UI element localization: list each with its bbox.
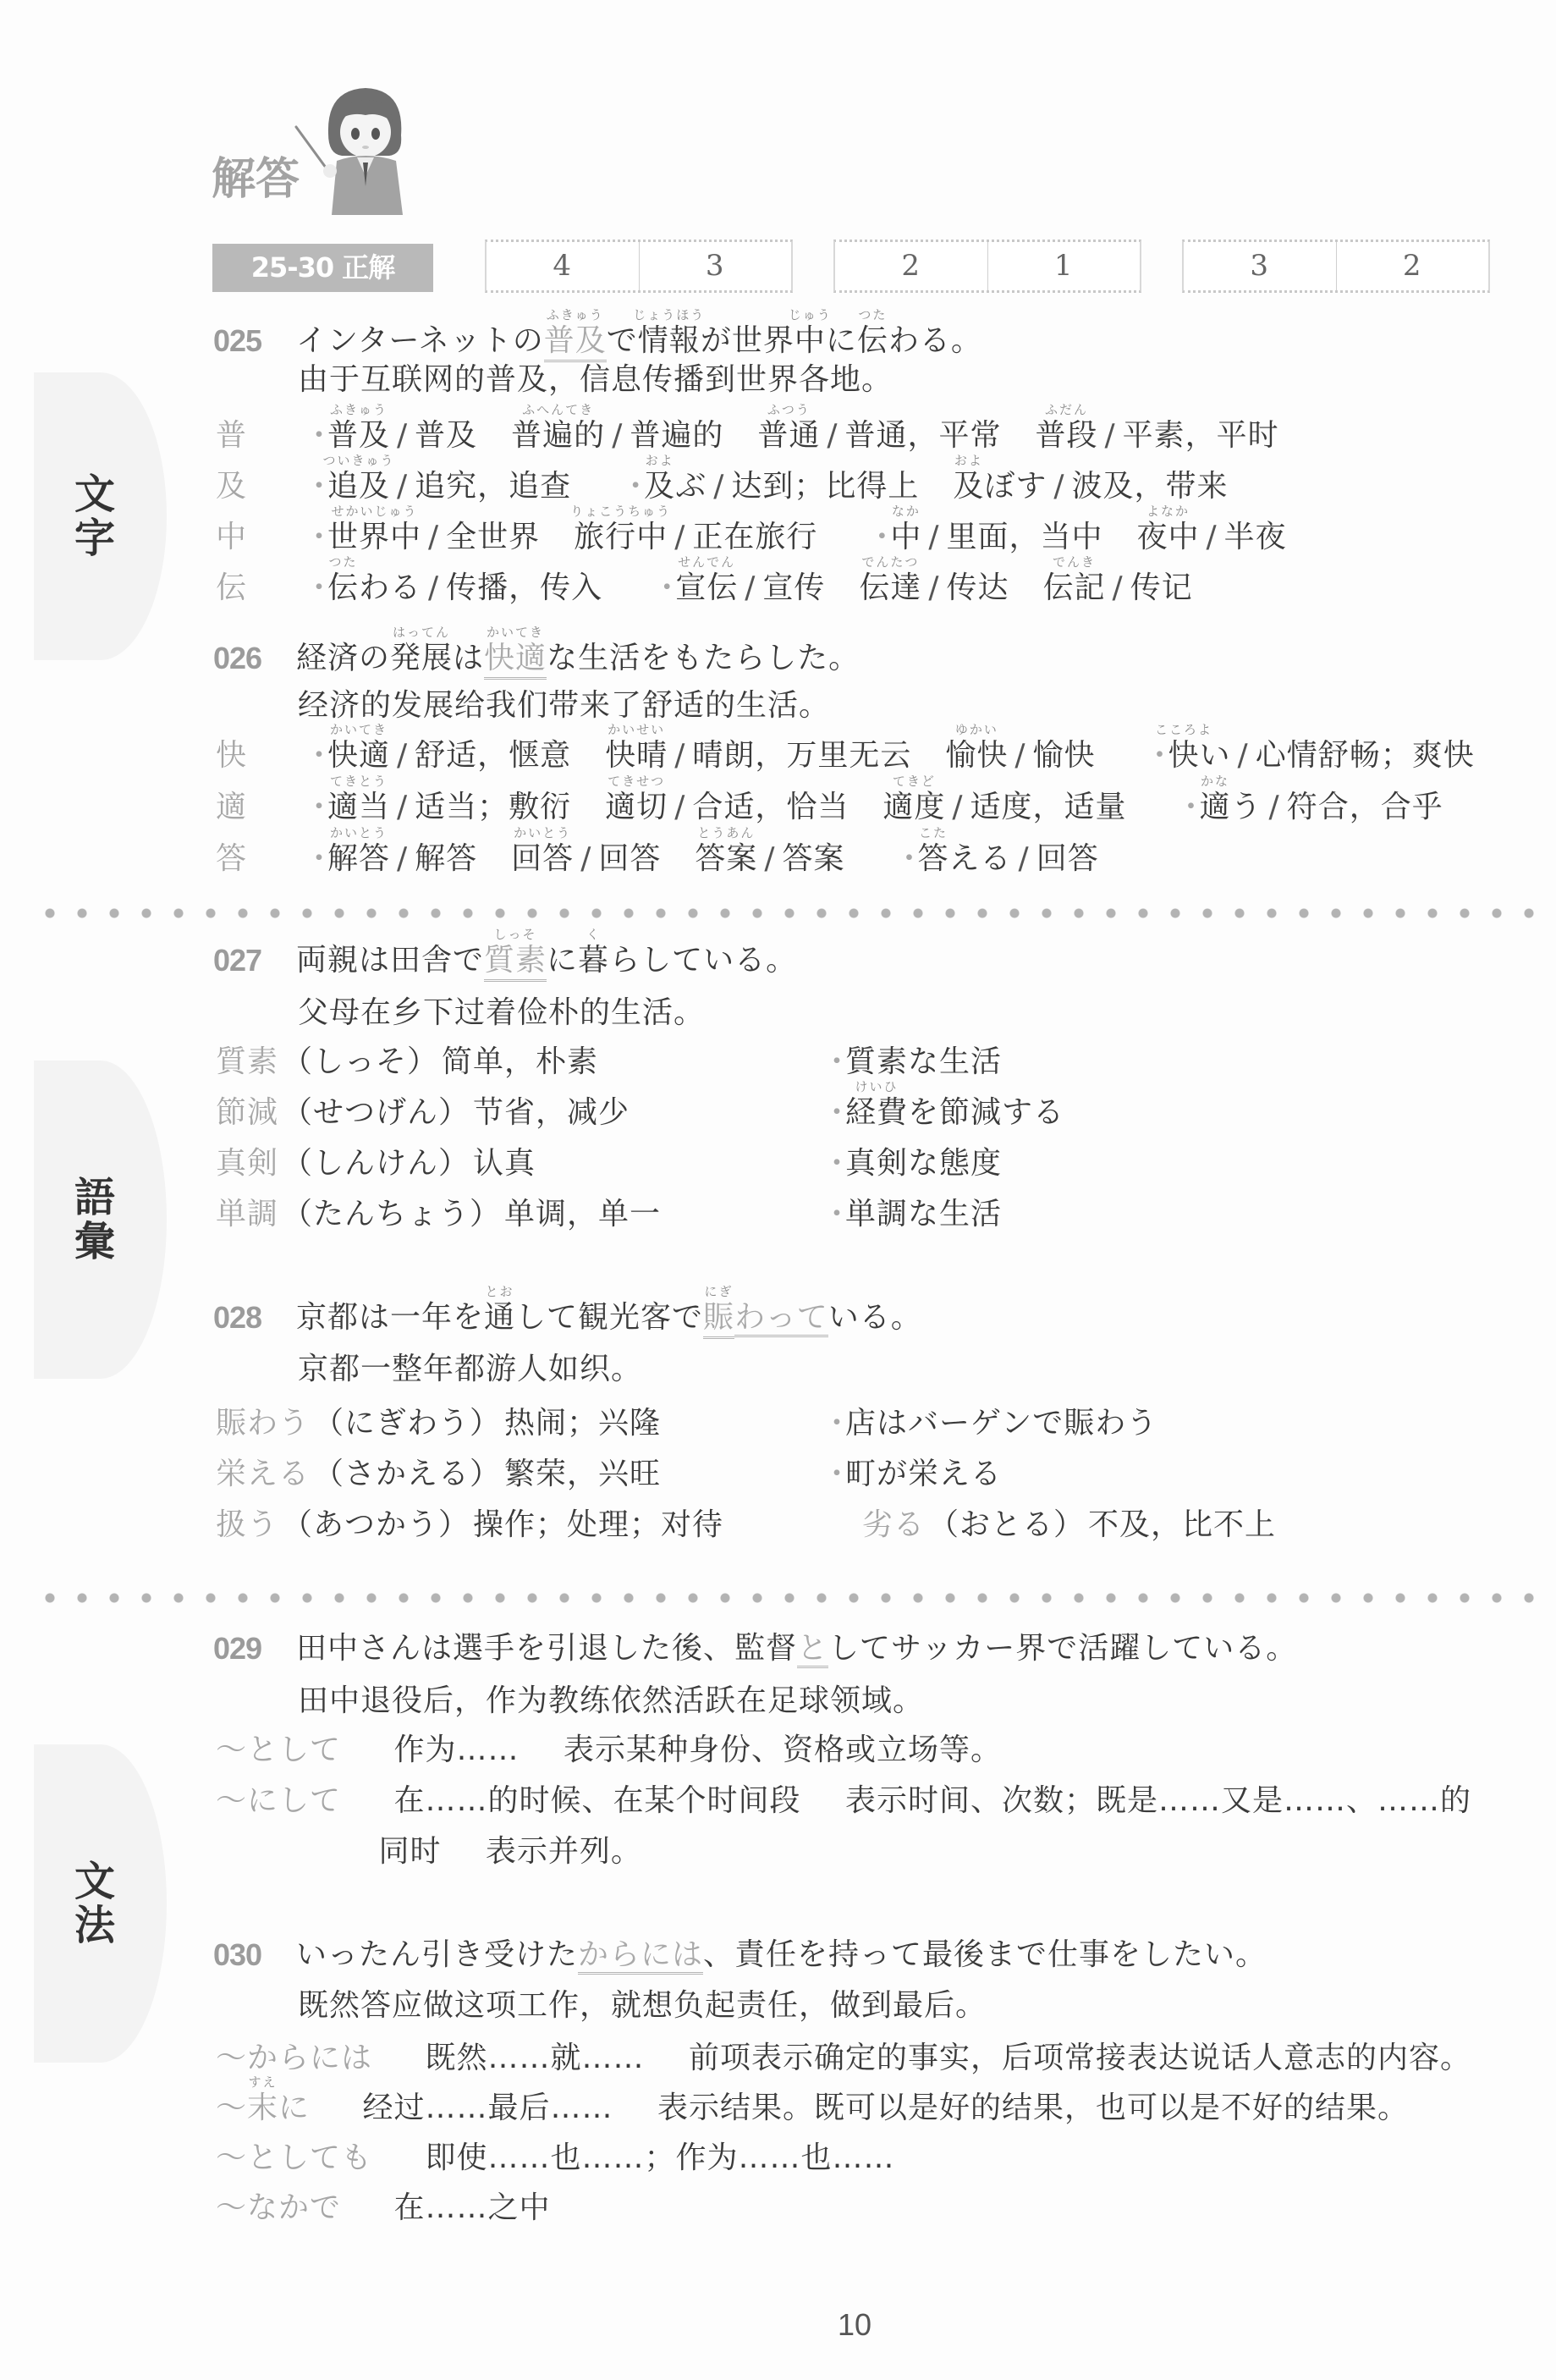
vocab-meaning: 简单，朴素 xyxy=(442,1044,598,1079)
furigana: とお xyxy=(486,1285,514,1298)
furigana: こころよ xyxy=(1155,723,1212,736)
bullet-icon: ・ xyxy=(304,737,327,774)
furigana: じょうほう xyxy=(633,308,705,322)
target-word: と xyxy=(797,1631,828,1668)
grammar-explanation-part: 前项表示确定的事实，后项常接表达说话人意志的内容。 xyxy=(689,2041,1471,2075)
vocab-list: 賑わう（にぎわう）热闹；兴隆 ・店はバーゲンで賑わう 栄える（さかえる）繁荣，兴… xyxy=(0,1405,1556,1557)
text-run: インターネットの xyxy=(296,323,544,358)
section-title: 解答 xyxy=(212,154,300,205)
grammar-explanation-part: 在……的时候、在某个时间段 xyxy=(393,1783,800,1818)
vocab-reading: （せつげん） xyxy=(282,1095,470,1130)
text-run: い xyxy=(1200,738,1231,773)
bullet-icon: ・ xyxy=(1176,789,1200,826)
separator: / xyxy=(827,417,838,455)
answer-box: 2 1 xyxy=(833,240,1141,293)
ruby-word: 伝つた xyxy=(857,322,888,360)
kanji-row-items: ・ 解答かいとう / 解答 回答かいとう / 回答 xyxy=(289,840,1133,878)
question-number: 025 xyxy=(213,322,261,360)
separator: / xyxy=(674,737,685,774)
ruby-word: 賑にぎ xyxy=(703,1299,734,1339)
furigana: りょこうちゅう xyxy=(570,504,671,518)
kanji-breakdown: 快 ・ 快適かいてき / 舒适，惬意 快晴かいせい xyxy=(0,737,1556,892)
kanji-breakdown: 普 ・ 普及ふきゅう / 普及 普遍的ふへんてき xyxy=(0,417,1556,620)
grammar-explanation-part: 在……之中 xyxy=(393,2190,550,2225)
furigana: ふつう xyxy=(767,403,811,416)
furigana: でんたつ xyxy=(861,555,919,569)
vocab-item: 愉快ゆかい / 愉快 xyxy=(945,737,1095,774)
text-run: 京都は一年を xyxy=(296,1300,484,1335)
vocab-row: 節減（せつげん）节省，减少 ・経費けいひを節減する xyxy=(0,1094,1556,1145)
text-run: 田中さんは選手を引退した後、監督 xyxy=(296,1631,797,1666)
grammar-explanation-part: 表示某种身份、资格或立场等。 xyxy=(564,1733,1002,1767)
vocab-word: 宣伝せんでん xyxy=(675,570,738,607)
text-run: ぼす xyxy=(984,469,1047,504)
ruby-word: 普通ふつう xyxy=(757,417,820,455)
example-phrase: ・店はバーゲンで賑わう xyxy=(822,1405,1164,1442)
vocab-item: 及およぼす / 波及，带来 xyxy=(953,468,1228,505)
bullet-icon: ・ xyxy=(822,1094,845,1132)
ruby-word: 解答かいとう xyxy=(327,840,390,878)
text-run: な生活をもたらした。 xyxy=(547,641,860,675)
separator: / xyxy=(580,840,591,878)
vocab-word: 及およぼす xyxy=(953,468,1047,505)
ruby-word: 中じゅう xyxy=(794,322,826,360)
separator: / xyxy=(764,840,775,878)
furigana: とうあん xyxy=(697,826,755,840)
separator: / xyxy=(745,570,756,607)
furigana: く xyxy=(586,928,601,941)
vocab-item: 普段ふだん / 平素，平时 xyxy=(1036,417,1279,455)
kanji-row-items: ・ 普及ふきゅう / 普及 普遍的ふへんてき / 普遍的 xyxy=(289,417,1313,455)
furigana: ふへんてき xyxy=(522,403,594,416)
ruby-word: 答こた xyxy=(918,840,949,878)
ruby-word: 及およ xyxy=(644,468,675,505)
vocab-meaning: 心情舒畅；爽快 xyxy=(1256,737,1475,774)
text-run: ～としても xyxy=(216,2140,372,2175)
translation: 父母在乡下过着俭朴的生活。 xyxy=(0,994,1556,1032)
separator: / xyxy=(1207,519,1218,556)
vocab-entry: 節減（せつげん）节省，减少 xyxy=(216,1094,630,1132)
vocab-meaning: 普遍的 xyxy=(630,417,723,455)
vocab-meaning: 愉快 xyxy=(1033,737,1096,774)
ruby-word: 快適かいてき xyxy=(484,640,547,680)
furigana: すえ xyxy=(249,2075,278,2089)
text-run: ～からには xyxy=(216,2041,372,2075)
kanji-row-items: ・ 世界中せかいじゅう / 全世界 旅行中りょこうちゅう / 正在旅行 xyxy=(289,519,1321,556)
vocab-meaning: 不及，比不上 xyxy=(1088,1507,1276,1542)
furigana: けいひ xyxy=(855,1080,898,1094)
vocab-word: 答案とうあん xyxy=(695,840,757,878)
vocab-meaning: 传达 xyxy=(947,570,1009,607)
vocab-word: 快適かいてき xyxy=(327,737,390,774)
vocab-entry: 真剣（しんけん）认真 xyxy=(216,1145,536,1182)
grammar-explanation-part: 即使……也……；作为……也…… xyxy=(425,2140,894,2175)
question-sentence: インターネットの普及ふきゅうで情報じょうほうが世界中じゅうに伝つたわる。 xyxy=(296,322,982,362)
grammar-row: ～からには 既然……就…… 前项表示确定的事实，后项常接表达说话人意志的内容。 xyxy=(0,2040,1556,2090)
separator: / xyxy=(1053,468,1064,505)
vocab-meaning: 追究，追查 xyxy=(415,468,571,505)
vocab-item: 普遍的ふへんてき / 普遍的 xyxy=(511,417,723,455)
teacher-mascot-icon xyxy=(294,83,406,215)
bullet-icon: ・ xyxy=(894,840,918,878)
translation: 既然答应做这项工作，就想负起责任，做到最后。 xyxy=(0,1987,1556,2025)
separator: / xyxy=(397,789,408,826)
vocab-item: ・ 答こたえる / 回答 xyxy=(894,840,1099,878)
vocab-meaning: 传记 xyxy=(1130,570,1193,607)
kanji-row-items: ・ 快適かいてき / 舒适，惬意 快晴かいせい / 晴朗，万里无云 xyxy=(289,737,1509,774)
furigana: かいとう xyxy=(330,826,388,840)
ruby-word: 普及ふきゅう xyxy=(327,417,390,455)
vocab-row: 賑わう（にぎわう）热闹；兴隆 ・店はバーゲンで賑わう xyxy=(0,1405,1556,1456)
vocab-meaning: 里面，当中 xyxy=(947,519,1103,556)
kanji-row-items: ・ 伝つたわる / 传播，传入 ・ 宣伝せんでん / 宣传 xyxy=(289,570,1227,607)
vocab-meaning: 热闹；兴隆 xyxy=(504,1406,661,1441)
ruby-word: 普遍的ふへんてき xyxy=(511,417,605,455)
ruby-word: 答案とうあん xyxy=(695,840,757,878)
question-number: 028 xyxy=(213,1299,261,1336)
ruby-word: 夜中よなか xyxy=(1137,519,1200,556)
kanji-row: 適 ・ 適当てきとう / 适当；敷衍 適切てきせつ xyxy=(0,789,1556,840)
question-026: 026 経済の発展はってんは快適かいてきな生活をもたらした。 xyxy=(0,640,1556,677)
text-run: に xyxy=(547,943,578,978)
section-divider xyxy=(44,907,1556,919)
text-run: う xyxy=(1231,790,1262,824)
bullet-icon: ・ xyxy=(822,1456,845,1493)
vocab-meaning: 解答 xyxy=(415,840,477,878)
vocab-entry: 扱う（あつかう）操作；处理；对待 xyxy=(216,1507,723,1544)
text-run: わる。 xyxy=(888,323,982,358)
grammar-explanation: 作为…… 表示某种身份、资格或立场等。 xyxy=(393,1733,1035,1767)
separator: / xyxy=(674,519,685,556)
question-number: 027 xyxy=(213,942,261,979)
grammar-row: ～としても 即使……也……；作为……也…… xyxy=(0,2140,1556,2190)
kanji-row: 中 ・ 世界中せかいじゅう / 全世界 旅行中りょこうちゅう xyxy=(0,519,1556,570)
ruby-word: 快こころよ xyxy=(1168,737,1200,774)
furigana: かいてき xyxy=(330,723,388,736)
separator: / xyxy=(612,417,623,455)
bullet-icon: ・ xyxy=(822,1196,845,1233)
vocab-item: 適度てきど / 适度，适量 xyxy=(882,789,1126,826)
vocab-item: ・ 中なか / 里面，当中 xyxy=(866,519,1102,556)
example-phrase: ・単調な生活 xyxy=(822,1196,1009,1233)
separator: / xyxy=(428,519,439,556)
text-run: を節減する xyxy=(908,1095,1064,1130)
vocab-meaning: 全世界 xyxy=(446,519,540,556)
grammar-explanation-part: 表示时间、次数；既是……又是……、……的 xyxy=(845,1783,1471,1818)
example-phrase: 劣る（おとる）不及，比不上 xyxy=(822,1507,1276,1544)
ruby-word: 愉快ゆかい xyxy=(945,737,1008,774)
question-sentence: 経済の発展はってんは快適かいてきな生活をもたらした。 xyxy=(296,640,860,680)
text-run: いる。 xyxy=(828,1300,922,1335)
example-text: 店はバーゲンで賑わう xyxy=(845,1406,1157,1441)
vocab-word: 愉快ゆかい xyxy=(945,737,1008,774)
kanji-label: 快 xyxy=(216,737,247,774)
ruby-word: 適切てきせつ xyxy=(605,789,668,826)
ruby-word: 末すえ xyxy=(247,2090,278,2127)
furigana: せんでん xyxy=(678,555,735,569)
vocab-entry: 賑わう（にぎわう）热闹；兴隆 xyxy=(216,1405,661,1442)
vocab-item: 旅行中りょこうちゅう / 正在旅行 xyxy=(574,519,817,556)
question-029: 029 田中さんは選手を引退した後、監督としてサッカー界で活躍している。 xyxy=(0,1630,1556,1667)
text-run: 単調な生活 xyxy=(845,1197,1002,1231)
bullet-icon: ・ xyxy=(866,519,890,556)
question-number: 030 xyxy=(213,1937,261,1974)
kanji-label: 答 xyxy=(216,840,247,878)
answer-cell: 3 xyxy=(1184,242,1336,290)
grammar-pattern: ～からには xyxy=(216,2040,372,2077)
vocab-word: 旅行中りょこうちゅう xyxy=(574,519,668,556)
vocab-item: 伝達でんたつ / 传达 xyxy=(859,570,1009,607)
vocab-word: 質素 xyxy=(216,1044,278,1079)
vocab-entry: 質素（しっそ）简单，朴素 xyxy=(216,1044,598,1081)
vocab-item: ・ 解答かいとう / 解答 xyxy=(304,840,477,878)
bullet-icon: ・ xyxy=(304,417,327,455)
text-run: が世界 xyxy=(701,323,794,358)
furigana: ふきゅう xyxy=(547,308,604,322)
kanji-label: 適 xyxy=(216,789,247,826)
bullet-icon: ・ xyxy=(304,519,327,556)
grammar-pattern: ～末すえに xyxy=(216,2090,310,2127)
separator: / xyxy=(952,789,963,826)
text-run: ～として xyxy=(216,1733,341,1767)
ruby-word: 世界中せかいじゅう xyxy=(327,519,421,556)
vocab-word: 伝つたわる xyxy=(327,570,421,607)
vocab-word: 及およぶ xyxy=(644,468,707,505)
vocab-meaning: 适当；敷衍 xyxy=(415,789,571,826)
vocab-word: 回答かいとう xyxy=(511,840,574,878)
vocab-reading: （おとる） xyxy=(928,1507,1085,1542)
grammar-row: ～にして 在……的时候、在某个时间段 表示时间、次数；既是……又是……、……的 xyxy=(0,1782,1556,1833)
grammar-pattern: ～としても xyxy=(216,2140,372,2177)
separator: / xyxy=(928,519,939,556)
furigana: かいとう xyxy=(514,826,571,840)
vocab-item: ・ 快適かいてき / 舒适，惬意 xyxy=(304,737,571,774)
vocab-word: 適かなう xyxy=(1200,789,1262,826)
ruby-word: 適度てきど xyxy=(882,789,945,826)
vocab-word: 解答かいとう xyxy=(327,840,390,878)
answer-box: 4 3 xyxy=(485,240,793,293)
grammar-explanation-part: 表示并列。 xyxy=(486,1834,642,1869)
separator: / xyxy=(928,570,939,607)
ruby-word: 快晴かいせい xyxy=(605,737,668,774)
separator: / xyxy=(397,468,408,505)
separator: / xyxy=(1014,737,1025,774)
text-run: してサッカー界で活躍している。 xyxy=(828,1631,1297,1666)
bullet-icon: ・ xyxy=(304,468,327,505)
text-run: に xyxy=(826,323,857,358)
translation: 田中退役后，作为教练依然活跃在足球领域。 xyxy=(0,1683,1556,1720)
text-run: ぶ xyxy=(675,469,707,504)
vocab-reading: （さかえる） xyxy=(313,1457,501,1491)
text-run: ～なかで xyxy=(216,2190,341,2225)
question-number: 026 xyxy=(213,640,261,677)
bullet-icon: ・ xyxy=(822,1405,845,1442)
vocab-meaning: 平素，平时 xyxy=(1123,417,1279,455)
vocab-reading: （しっそ） xyxy=(282,1044,438,1079)
target-word: からには xyxy=(578,1937,703,1975)
text-run: 経済の xyxy=(296,641,390,675)
separator: / xyxy=(397,840,408,878)
vocab-entry: 栄える（さかえる）繁荣，兴旺 xyxy=(216,1456,661,1493)
vocab-item: ・ 適かなう / 符合，合乎 xyxy=(1176,789,1443,826)
vocab-word: 答こたえる xyxy=(918,840,1012,878)
kanji-row-items: ・ 適当てきとう / 适当；敷衍 適切てきせつ / 合适，恰当 xyxy=(289,789,1477,826)
translation: 由于互联网的普及，信息传播到世界各地。 xyxy=(0,361,1556,399)
example-phrase: ・経費けいひを節減する xyxy=(822,1094,1071,1132)
question-027: 027 両親は田舎で質素しっそに暮くらしている。 xyxy=(0,942,1556,979)
grammar-list: ～からには 既然……就…… 前项表示确定的事实，后项常接表达说话人意志的内容。 … xyxy=(0,2040,1556,2240)
grammar-row: 同时 表示并列。 xyxy=(0,1833,1556,1884)
vocab-word: 普遍的ふへんてき xyxy=(511,417,605,455)
bullet-icon: ・ xyxy=(822,1044,845,1081)
vocab-meaning: 回答 xyxy=(598,840,661,878)
example-text: 単調な生活 xyxy=(845,1197,1002,1231)
vocab-word: 適度てきど xyxy=(882,789,945,826)
vocab-word: 普及ふきゅう xyxy=(327,417,390,455)
vocab-item: 普通ふつう / 普通，平常 xyxy=(757,417,1001,455)
vocab-item: 適切てきせつ / 合适，恰当 xyxy=(605,789,849,826)
question-sentence: 田中さんは選手を引退した後、監督としてサッカー界で活躍している。 xyxy=(296,1630,1297,1667)
example-text: 真剣な態度 xyxy=(845,1146,1002,1181)
kanji-row: 快 ・ 快適かいてき / 舒适，惬意 快晴かいせい xyxy=(0,737,1556,789)
ruby-word: 旅行中りょこうちゅう xyxy=(574,519,668,556)
vocab-word: 扱う xyxy=(216,1507,278,1542)
vocab-word: 夜中よなか xyxy=(1137,519,1200,556)
kanji-row: 答 ・ 解答かいとう / 解答 回答かいとう xyxy=(0,840,1556,892)
furigana: ふだん xyxy=(1045,403,1088,416)
vocab-meaning: 符合，合乎 xyxy=(1287,789,1443,826)
vocab-meaning: 节省，减少 xyxy=(473,1095,630,1130)
question-sentence: いったん引き受けたからには、責任を持って最後まで仕事をしたい。 xyxy=(296,1937,1267,1974)
separator: / xyxy=(1269,789,1280,826)
vocab-item: 夜中よなか / 半夜 xyxy=(1137,519,1287,556)
bullet-icon: ・ xyxy=(620,468,644,505)
text-run: らしている。 xyxy=(609,943,797,978)
vocab-meaning: 答案 xyxy=(783,840,845,878)
vocab-row: 栄える（さかえる）繁荣，兴旺 ・町が栄える xyxy=(0,1456,1556,1507)
example-phrase: ・真剣な態度 xyxy=(822,1145,1009,1182)
vocab-item: ・ 世界中せかいじゅう / 全世界 xyxy=(304,519,540,556)
text-run: 真剣な態度 xyxy=(845,1146,1002,1181)
grammar-list: ～として 作为…… 表示某种身份、资格或立场等。 ～にして 在……的时候、在某个… xyxy=(0,1732,1556,1884)
vocab-row: 質素（しっそ）简单，朴素 ・質素な生活 xyxy=(0,1044,1556,1094)
vocab-word: 適切てきせつ xyxy=(605,789,668,826)
separator: / xyxy=(397,737,408,774)
vocab-item: 伝記でんき / 传记 xyxy=(1043,570,1193,607)
text-run: で xyxy=(607,323,638,358)
bullet-icon: ・ xyxy=(1145,737,1168,774)
furigana: ふきゅう xyxy=(330,403,388,416)
vocab-word: 追及ついきゅう xyxy=(327,468,390,505)
furigana: つた xyxy=(328,555,357,569)
vocab-item: ・ 宣伝せんでん / 宣传 xyxy=(652,570,825,607)
vocab-word: 伝達でんたつ xyxy=(859,570,921,607)
ruby-word: 快適かいてき xyxy=(327,737,390,774)
text-run: に xyxy=(278,2091,310,2125)
grammar-pattern: ～にして xyxy=(216,1782,341,1820)
vocab-word: 単調 xyxy=(216,1197,278,1231)
ruby-word: 適当てきとう xyxy=(327,789,390,826)
furigana: およ xyxy=(954,454,983,467)
vocab-meaning: 晴朗，万里无云 xyxy=(692,737,911,774)
vocab-meaning: 繁荣，兴旺 xyxy=(504,1457,661,1491)
grammar-explanation-part: 经过……最后…… xyxy=(363,2091,613,2125)
ruby-word: 経費けいひ xyxy=(845,1094,908,1132)
text-run: ～にして xyxy=(216,1783,341,1818)
question-sentence: 京都は一年を通とおして観光客で賑にぎわっている。 xyxy=(296,1299,922,1339)
answer-cell: 1 xyxy=(987,242,1141,290)
text-run: える xyxy=(949,841,1012,876)
question-sentence: 両親は田舎で質素しっそに暮くらしている。 xyxy=(296,942,797,982)
translation: 京都一整年都游人如织。 xyxy=(0,1351,1556,1388)
vocab-word: 伝記でんき xyxy=(1043,570,1106,607)
ruby-word: 伝達でんたつ xyxy=(859,570,921,607)
vocab-meaning: 适度，适量 xyxy=(970,789,1127,826)
vocab-item: 快晴かいせい / 晴朗，万里无云 xyxy=(605,737,911,774)
question-number: 029 xyxy=(213,1630,261,1667)
kanji-row: 伝 ・ 伝つたわる / 传播，传入 ・ 宣伝せんでん xyxy=(0,570,1556,620)
translation: 经济的发展给我们带来了舒适的生活。 xyxy=(0,687,1556,724)
bullet-icon: ・ xyxy=(304,570,327,607)
ruby-word: 伝つた xyxy=(327,570,359,607)
furigana: つた xyxy=(858,308,887,322)
separator: / xyxy=(1113,570,1124,607)
example-text: 町が栄える xyxy=(845,1457,1002,1491)
kanji-label: 及 xyxy=(216,468,247,505)
furigana: しっそ xyxy=(494,928,537,941)
vocab-word: 世界中せかいじゅう xyxy=(327,519,421,556)
example-phrase: ・町が栄える xyxy=(822,1456,1009,1493)
ruby-word: 適かな xyxy=(1200,789,1231,826)
vocab-word: 普通ふつう xyxy=(757,417,820,455)
text-run: 質素な生活 xyxy=(845,1044,1002,1079)
text-run: は xyxy=(453,641,484,675)
question-028: 028 京都は一年を通とおして観光客で賑にぎわっている。 xyxy=(0,1299,1556,1336)
ruby-word: 普段ふだん xyxy=(1036,417,1098,455)
vocab-row: 真剣（しんけん）认真 ・真剣な態度 xyxy=(0,1145,1556,1196)
vocab-word: 快晴かいせい xyxy=(605,737,668,774)
bullet-icon: ・ xyxy=(304,789,327,826)
furigana: およ xyxy=(646,454,674,467)
vocab-item: ・ 伝つたわる / 传播，传入 xyxy=(304,570,602,607)
bullet-icon: ・ xyxy=(304,840,327,878)
grammar-explanation: 经过……最后…… 表示结果。既可以是好的结果，也可以是不好的结果。 xyxy=(363,2091,1443,2125)
vocab-meaning: 合适，恰当 xyxy=(692,789,849,826)
answer-groups: 4 3 2 1 3 2 xyxy=(485,240,1490,293)
ruby-word: 伝記でんき xyxy=(1043,570,1106,607)
separator: / xyxy=(1019,840,1030,878)
vocab-word: 栄える xyxy=(216,1457,310,1491)
vocab-entry: 単調（たんちょう）单调，单一 xyxy=(216,1196,661,1233)
furigana: かな xyxy=(1201,774,1229,788)
vocab-reading: （あつかう） xyxy=(282,1507,470,1542)
vocab-meaning: 传播，传入 xyxy=(446,570,602,607)
vocab-row: 単調（たんちょう）单调，单一 ・単調な生活 xyxy=(0,1196,1556,1247)
vocab-meaning: 操作；处理；对待 xyxy=(473,1507,723,1542)
example-text: 経費けいひを節減する xyxy=(845,1095,1064,1130)
text-run: いったん引き受けた xyxy=(296,1937,578,1972)
question-025: 025 インターネットの普及ふきゅうで情報じょうほうが世界中じゅうに伝つたわる。 xyxy=(0,322,1556,360)
answer-box: 3 2 xyxy=(1182,240,1490,293)
vocab-word: 真剣 xyxy=(216,1146,278,1181)
grammar-explanation: 同时 表示并列。 xyxy=(378,1834,675,1869)
target-word: わって xyxy=(734,1300,828,1337)
vocab-reading: （しんけん） xyxy=(282,1146,470,1181)
grammar-row: ～末すえに 经过……最后…… 表示结果。既可以是好的结果，也可以是不好的结果。 xyxy=(0,2090,1556,2140)
vocab-meaning: 回答 xyxy=(1036,840,1099,878)
vocab-word: 適当てきとう xyxy=(327,789,390,826)
grammar-row: ～として 作为…… 表示某种身份、资格或立场等。 xyxy=(0,1732,1556,1782)
